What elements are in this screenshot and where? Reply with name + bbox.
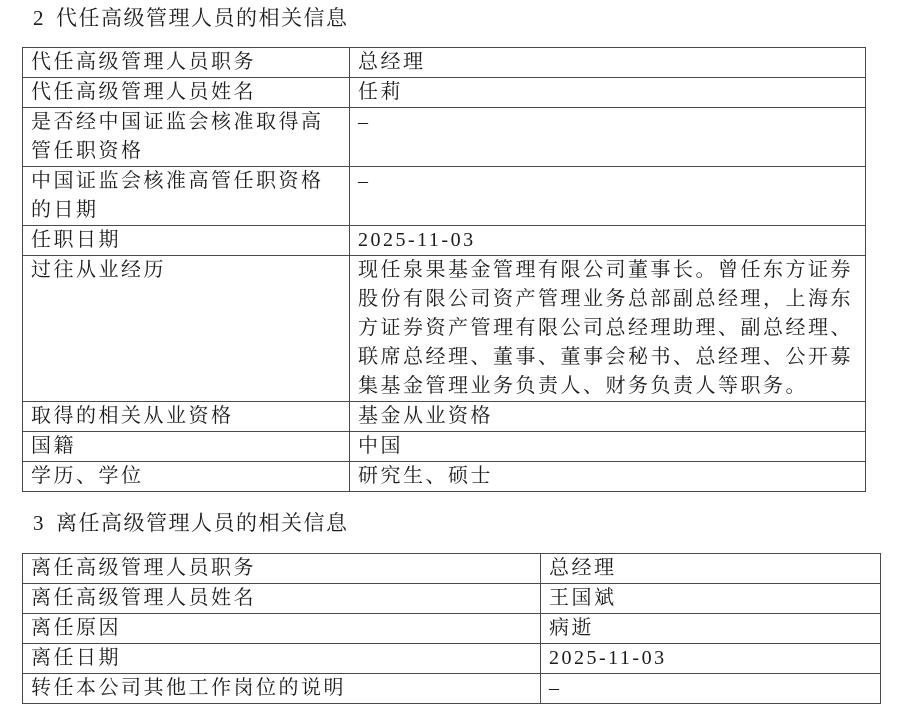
row-label-cell: 转任本公司其他工作岗位的说明	[23, 674, 541, 704]
row-value-cell: 病逝	[541, 614, 881, 644]
row-label-cell: 离任原因	[23, 614, 541, 644]
row-label-cell: 任职日期	[23, 226, 350, 256]
acting-section-number: 2	[33, 4, 45, 32]
row-value-cell: –	[541, 674, 881, 704]
table-row: 转任本公司其他工作岗位的说明 –	[23, 674, 881, 704]
row-label-cell: 学历、学位	[23, 462, 350, 492]
acting-managers-table: 代任高级管理人员职务 总经理 代任高级管理人员姓名 任莉 是否经中国证监会核准取…	[22, 47, 866, 492]
row-value-cell: 王国斌	[541, 584, 881, 614]
row-label-cell: 国籍	[23, 432, 350, 462]
row-label-cell: 离任高级管理人员姓名	[23, 584, 541, 614]
table-row: 任职日期 2025-11-03	[23, 226, 866, 256]
acting-section-heading: 2代任高级管理人员的相关信息	[33, 0, 900, 32]
row-value-cell: –	[350, 108, 866, 167]
table-row: 代任高级管理人员姓名 任莉	[23, 78, 866, 108]
row-value-cell: 总经理	[541, 554, 881, 584]
departing-managers-table: 离任高级管理人员职务 总经理 离任高级管理人员姓名 王国斌 离任原因 病逝 离任…	[22, 553, 881, 704]
row-value-cell: –	[350, 167, 866, 226]
row-value-cell: 基金从业资格	[350, 402, 866, 432]
table-row: 学历、学位 研究生、硕士	[23, 462, 866, 492]
table-row: 取得的相关从业资格 基金从业资格	[23, 402, 866, 432]
row-label-cell: 过往从业经历	[23, 256, 350, 402]
row-label-cell: 中国证监会核准高管任职资格的日期	[23, 167, 350, 226]
departing-section-number: 3	[33, 509, 45, 537]
departing-section-heading: 3离任高级管理人员的相关信息	[33, 509, 900, 537]
table-row: 离任高级管理人员姓名 王国斌	[23, 584, 881, 614]
row-value-cell: 现任泉果基金管理有限公司董事长。曾任东方证券股份有限公司资产管理业务总部副总经理…	[350, 256, 866, 402]
table-row: 离任日期 2025-11-03	[23, 644, 881, 674]
table-row: 国籍 中国	[23, 432, 866, 462]
row-label-cell: 离任日期	[23, 644, 541, 674]
row-value-cell: 研究生、硕士	[350, 462, 866, 492]
row-label-cell: 离任高级管理人员职务	[23, 554, 541, 584]
row-value-cell: 总经理	[350, 48, 866, 78]
row-label-cell: 是否经中国证监会核准取得高管任职资格	[23, 108, 350, 167]
table-row: 代任高级管理人员职务 总经理	[23, 48, 866, 78]
row-label-cell: 代任高级管理人员职务	[23, 48, 350, 78]
row-label-cell: 代任高级管理人员姓名	[23, 78, 350, 108]
departing-section-title: 离任高级管理人员的相关信息	[56, 511, 349, 535]
row-value-cell: 2025-11-03	[541, 644, 881, 674]
table-row: 过往从业经历 现任泉果基金管理有限公司董事长。曾任东方证券股份有限公司资产管理业…	[23, 256, 866, 402]
row-value-cell: 任莉	[350, 78, 866, 108]
table-row: 中国证监会核准高管任职资格的日期 –	[23, 167, 866, 226]
row-label-cell: 取得的相关从业资格	[23, 402, 350, 432]
row-value-cell: 2025-11-03	[350, 226, 866, 256]
row-value-cell: 中国	[350, 432, 866, 462]
table-row: 离任高级管理人员职务 总经理	[23, 554, 881, 584]
table-row: 离任原因 病逝	[23, 614, 881, 644]
acting-section-title: 代任高级管理人员的相关信息	[56, 6, 349, 30]
table-row: 是否经中国证监会核准取得高管任职资格 –	[23, 108, 866, 167]
